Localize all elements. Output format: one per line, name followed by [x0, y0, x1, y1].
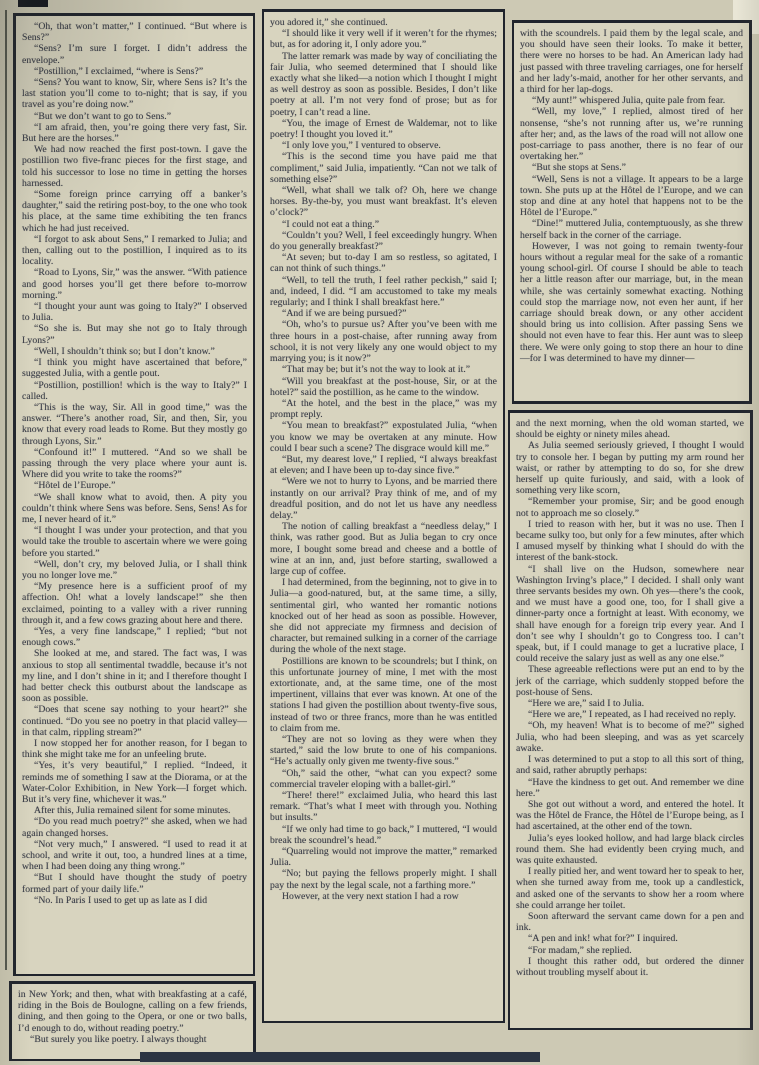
paragraph: “I forgot to ask about Sens,” I remarked…: [22, 234, 247, 268]
paragraph: “At the hotel, and the best in the place…: [270, 398, 497, 420]
paragraph: “This is the second time you have paid m…: [270, 151, 497, 185]
paragraph: I had determined, from the beginning, no…: [270, 577, 497, 655]
paragraph: “Well, what shall we talk of? Oh, here w…: [270, 185, 497, 219]
paragraph: “There! there!” exclaimed Julia, who hea…: [270, 790, 497, 824]
paragraph: “Dine!” muttered Julia, contemptuously, …: [520, 218, 743, 240]
paragraph: “You, the image of Ernest de Waldemar, n…: [270, 118, 497, 140]
paragraph: “Hôtel de l’Europe.”: [22, 480, 247, 491]
paragraph: “Does that scene say nothing to your hea…: [22, 704, 247, 738]
paragraph: “If we only had time to go back,” I mutt…: [270, 824, 497, 846]
paragraph: “No; but paying the fellows properly mig…: [270, 868, 497, 890]
paragraph: “At seven; but to-day I am so restless, …: [270, 252, 497, 274]
paragraph: “Here we are,” I repeated, as I had rece…: [516, 709, 744, 720]
paragraph: “Do you read much poetry?” she asked, wh…: [22, 816, 247, 838]
paragraph: I thought this rather odd, but ordered t…: [516, 956, 744, 978]
paragraph: “But she stops at Sens.”: [520, 162, 743, 173]
paragraph: “Well, my love,” I replied, almost tired…: [520, 106, 743, 162]
paragraph: “Oh, that won’t matter,” I continued. “B…: [22, 21, 247, 43]
paragraph: “Have the kindness to get out. And remem…: [516, 777, 744, 799]
paragraph: and the next morning, when the old woman…: [516, 418, 744, 440]
paragraph: “Road to Lyons, Sir,” was the answer. “W…: [22, 267, 247, 301]
next-clipping-top-edge-bar: [140, 1052, 540, 1062]
clipping-column-2-block-1: you adored it,” she continued.“I should …: [262, 9, 505, 1023]
paragraph: She looked at me, and stared. The fact w…: [22, 648, 247, 704]
paragraph: However, I was not going to remain twent…: [520, 241, 743, 364]
paragraph: “That may be; but it’s not the way to lo…: [270, 364, 497, 375]
paragraph: Postillions are known to be scoundrels; …: [270, 656, 497, 734]
scan-left-edge-line: [5, 10, 7, 970]
paragraph: “They are not so loving as they were whe…: [270, 734, 497, 768]
paragraph: “Will you breakfast at the post-house, S…: [270, 376, 497, 398]
paragraph: She got out without a word, and entered …: [516, 799, 744, 833]
paragraph: “Yes, a very fine landscape,” I replied;…: [22, 626, 247, 648]
paragraph: The latter remark was made by way of con…: [270, 51, 497, 118]
paragraph: “I thought your aunt was going to Italy?…: [22, 301, 247, 323]
paragraph: “Were we not to hurry to Lyons, and be m…: [270, 476, 497, 521]
paragraph: “Postillion,” I exclaimed, “where is Sen…: [22, 66, 247, 77]
paragraph: “I should like it very well if it weren’…: [270, 28, 497, 50]
paragraph: “Well, to tell the truth, I feel rather …: [270, 275, 497, 309]
clipping-column-1-block-1: “Oh, that won’t matter,” I continued. “B…: [13, 13, 255, 976]
paragraph: “Yes, it’s very beautiful,” I replied. “…: [22, 760, 247, 805]
paragraph: “Some foreign prince carrying off a bank…: [22, 189, 247, 234]
paragraph: “No. In Paris I used to get up as late a…: [22, 895, 247, 906]
paragraph: “Sens? I’m sure I forget. I didn’t addre…: [22, 43, 247, 65]
paragraph: I tried to reason with her, but it was n…: [516, 519, 744, 564]
paragraph: “Oh, who’s to pursue us? After you’ve be…: [270, 319, 497, 364]
paragraph: “Oh,” said the other, “what can you expe…: [270, 768, 497, 790]
paragraph: “My aunt!” whispered Julia, quite pale f…: [520, 95, 743, 106]
clipping-column-3-block-2: and the next morning, when the old woman…: [508, 410, 753, 1030]
paragraph: “I only love you,” I ventured to observe…: [270, 140, 497, 151]
clipping-column-3-block-1: with the scoundrels. I paid them by the …: [512, 20, 752, 404]
paragraph: I was determined to put a stop to all th…: [516, 754, 744, 776]
paragraph: you adored it,” she continued.: [270, 17, 497, 28]
paragraph: “This is the way, Sir. All in good time,…: [22, 402, 247, 447]
paragraph: “I thought I was under your protection, …: [22, 525, 247, 559]
paragraph: “Postillion, postillion! which is the wa…: [22, 380, 247, 402]
paragraph: “Well, Sens is not a village. It appears…: [520, 174, 743, 219]
paragraph: “But we don’t want to go to Sens.”: [22, 111, 247, 122]
paragraph: in New York; and then, what with breakfa…: [18, 989, 247, 1034]
paragraph: “I shall live on the Hudson, somewhere n…: [516, 564, 744, 665]
paragraph: “I think you might have ascertained that…: [22, 357, 247, 379]
paragraph: “A pen and ink! what for?” I inquired.: [516, 933, 744, 944]
paragraph: After this, Julia remained silent for so…: [22, 805, 247, 816]
paragraph: “Remember your promise, Sir; and be good…: [516, 496, 744, 518]
paragraph: “Couldn’t you? Well, I feel exceedingly …: [270, 230, 497, 252]
paragraph: “Not very much,” I answered. “I used to …: [22, 839, 247, 873]
paragraph: “But surely you like poetry. I always th…: [18, 1034, 247, 1045]
paragraph: “But, my dearest love,” I replied, “I al…: [270, 454, 497, 476]
scan-corner-mark: [18, 0, 48, 7]
paragraph: “Oh, my heaven! What is to become of me?…: [516, 720, 744, 754]
paragraph: The notion of calling breakfast a “needl…: [270, 521, 497, 577]
paragraph: “But I should have thought the study of …: [22, 872, 247, 894]
paragraph: Soon afterward the servant came down for…: [516, 911, 744, 933]
scanned-story-page: “Oh, that won’t matter,” I continued. “B…: [0, 0, 759, 1065]
paragraph: “You mean to breakfast?” expostulated Ju…: [270, 420, 497, 454]
paragraph: “For madam,” she replied.: [516, 945, 744, 956]
paragraph: Julia’s eyes looked hollow, and had larg…: [516, 833, 744, 867]
paragraph: “And if we are being pursued?”: [270, 308, 497, 319]
paragraph: “I am afraid, then, you’re going there v…: [22, 122, 247, 144]
paragraph: These agreeable reflections were put an …: [516, 664, 744, 698]
paragraph: with the scoundrels. I paid them by the …: [520, 28, 743, 95]
paragraph: As Julia seemed seriously grieved, I tho…: [516, 440, 744, 496]
paragraph: We had now reached the first post-town. …: [22, 144, 247, 189]
paragraph: However, at the very next station I had …: [270, 891, 497, 902]
paragraph: “Well, don’t cry, my beloved Julia, or I…: [22, 559, 247, 581]
paragraph: “So she is. But may she not go to Italy …: [22, 323, 247, 345]
clipping-column-1-block-2: in New York; and then, what with breakfa…: [9, 981, 256, 1061]
paragraph: “Well, I shouldn’t think so; but I don’t…: [22, 346, 247, 357]
paragraph: “My presence here is a sufficient proof …: [22, 581, 247, 626]
paragraph: I really pitied her, and went toward her…: [516, 866, 744, 911]
paragraph: “I could not eat a thing.”: [270, 219, 497, 230]
paragraph: “Sens? You want to know, Sir, where Sens…: [22, 77, 247, 111]
paragraph: I now stopped her for another reason, fo…: [22, 738, 247, 760]
paragraph: “Quarreling would not improve the matter…: [270, 846, 497, 868]
paragraph: “We shall know what to avoid, then. A pi…: [22, 492, 247, 526]
paragraph: “Confound it!” I muttered. “And so we sh…: [22, 447, 247, 481]
paragraph: “Here we are,” said I to Julia.: [516, 698, 744, 709]
